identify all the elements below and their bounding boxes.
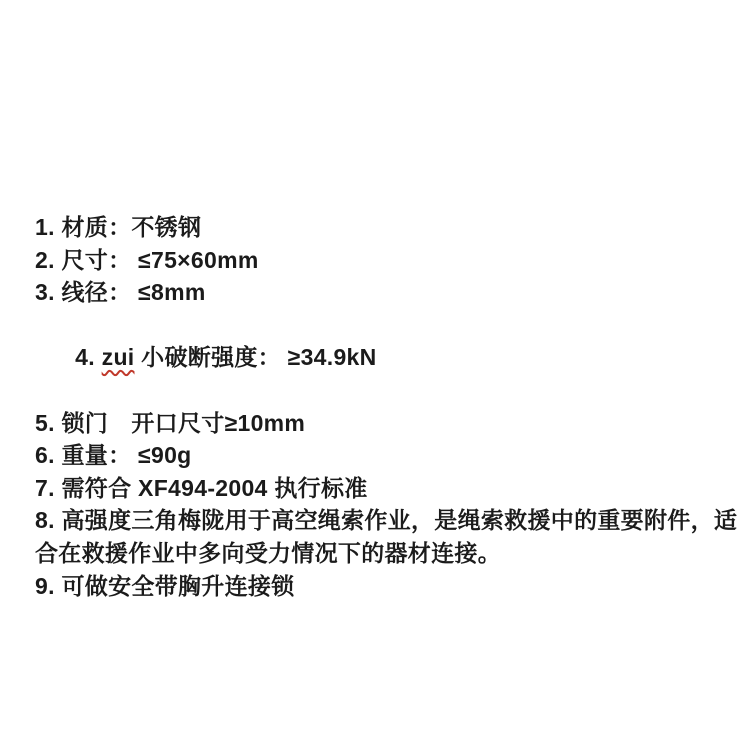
spec-line-gate-opening: 5. 锁门 开口尺寸≥10mm — [35, 407, 730, 440]
spec-line-breaking-strength-rest: 小破断强度： ≥34.9kN — [134, 344, 376, 370]
spellcheck-misspelled-word: zui — [102, 344, 135, 370]
document-page: 1. 材质：不锈钢 2. 尺寸： ≤75×60mm 3. 线径： ≤8mm 4.… — [0, 0, 750, 750]
spec-line-breaking-strength: 4. zui 小破断强度： ≥34.9kN — [35, 309, 730, 407]
spec-line-standard: 7. 需符合 XF494-2004 执行标准 — [35, 472, 730, 505]
spec-line-dimensions: 2. 尺寸： ≤75×60mm — [35, 244, 730, 277]
spec-line-description-continued: 合在救援作业中多向受力情况下的器材连接。 — [35, 537, 730, 570]
spec-line-material: 1. 材质：不锈钢 — [35, 211, 730, 244]
spec-line-weight: 6. 重量： ≤90g — [35, 439, 730, 472]
spec-list: 1. 材质：不锈钢 2. 尺寸： ≤75×60mm 3. 线径： ≤8mm 4.… — [35, 211, 730, 602]
spec-line-breaking-strength-prefix: 4. — [75, 344, 101, 370]
spec-line-chest-connector: 9. 可做安全带胸升连接锁 — [35, 570, 730, 603]
spec-line-description: 8. 高强度三角梅陇用于高空绳索作业，是绳索救援中的重要附件，适 — [35, 504, 730, 537]
spec-line-wire-diameter: 3. 线径： ≤8mm — [35, 276, 730, 309]
